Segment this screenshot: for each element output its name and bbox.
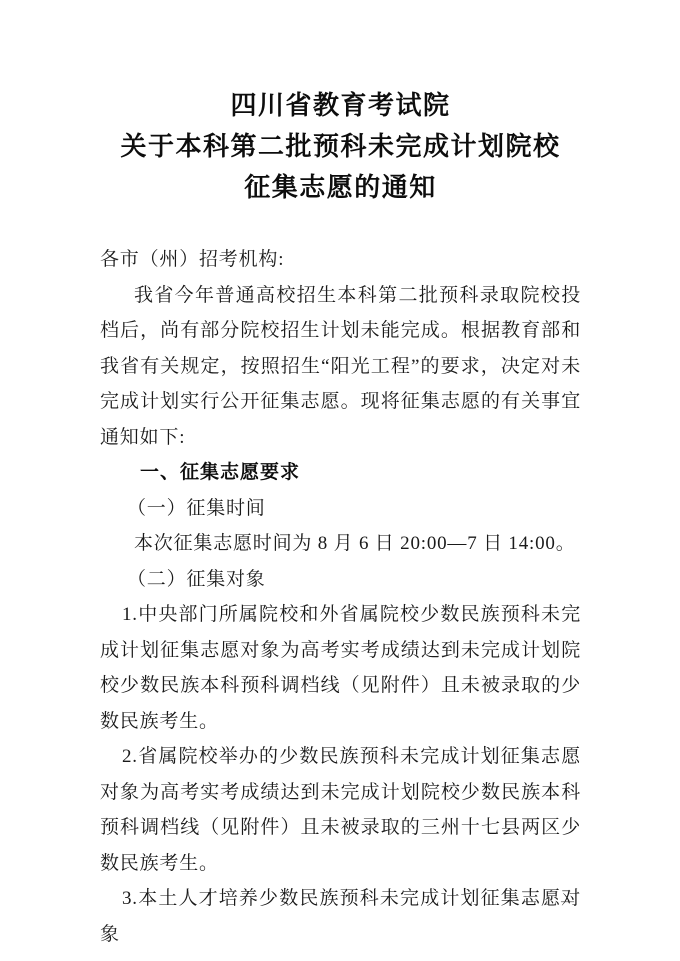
document-title-line3: 征集志愿的通知: [100, 167, 581, 208]
document-title-line2: 关于本科第二批预科未完成计划院校: [100, 126, 581, 167]
section-1-heading: 一、征集志愿要求: [100, 455, 581, 491]
salutation: 各市（州）招考机构:: [100, 242, 581, 278]
document-body: 各市（州）招考机构: 我省今年普通高校招生本科第二批预科录取院校投档后，尚有部分…: [100, 242, 581, 952]
page-number: — 1 —: [523, 893, 577, 909]
target-item-2: 2.省属院校举办的少数民族预科未完成计划征集志愿对象为高考实考成绩达到未完成计划…: [100, 739, 581, 881]
target-item-1: 1.中央部门所属院校和外省属院校少数民族预科未完成计划征集志愿对象为高考实考成绩…: [100, 597, 581, 739]
document-page: 四川省教育考试院 关于本科第二批预科未完成计划院校 征集志愿的通知 各市（州）招…: [0, 0, 680, 961]
intro-paragraph: 我省今年普通高校招生本科第二批预科录取院校投档后，尚有部分院校招生计划未能完成。…: [100, 278, 581, 456]
document-title-line1: 四川省教育考试院: [100, 85, 581, 126]
target-item-3: 3.本土人才培养少数民族预科未完成计划征集志愿对象: [100, 881, 581, 952]
subsection-2-heading: （二）征集对象: [100, 562, 581, 598]
subsection-1-heading: （一）征集时间: [100, 491, 581, 527]
document-title: 四川省教育考试院 关于本科第二批预科未完成计划院校 征集志愿的通知: [100, 85, 581, 208]
collection-time-paragraph: 本次征集志愿时间为 8 月 6 日 20:00—7 日 14:00。: [100, 526, 581, 562]
document-content: 四川省教育考试院 关于本科第二批预科未完成计划院校 征集志愿的通知 各市（州）招…: [0, 0, 680, 952]
